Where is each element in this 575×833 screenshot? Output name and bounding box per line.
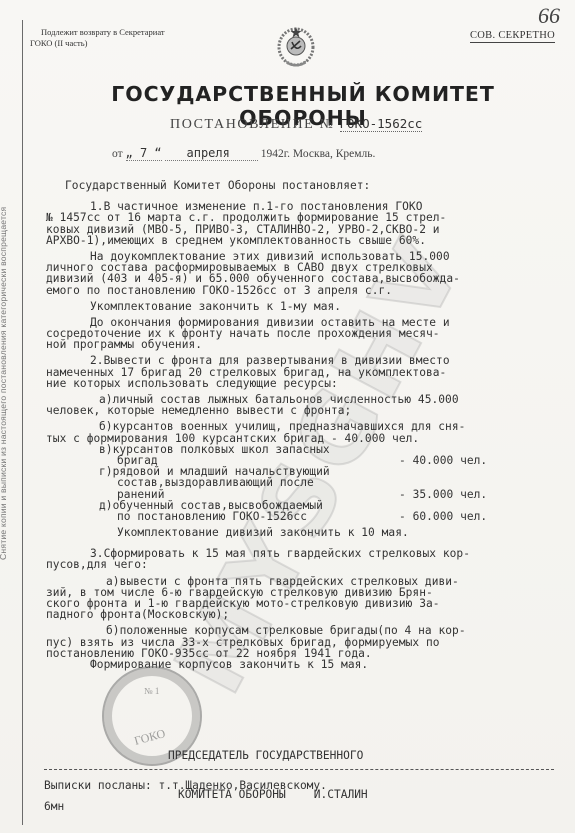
typist-initials: 6мн (44, 800, 64, 813)
paragraph-2-line: ние которых использовать следующие ресур… (46, 378, 566, 389)
decree-body: Государственный Комитет Обороны постанов… (46, 180, 566, 670)
signature-title-line1: ПРЕДСЕДАТЕЛЬ ГОСУДАРСТВЕННОГО (168, 749, 368, 762)
seal-text: ГОКО (133, 726, 167, 749)
paragraph-2b-line: б)курсантов военных училищ, предназначав… (46, 421, 566, 432)
paragraph-1-line: АРХВО-1),имеющих в среднем укомплектован… (46, 235, 566, 246)
return-note: Подлежит возврату в Секретариат ГОКО (II… (30, 27, 165, 49)
page-number: 66 (538, 3, 560, 29)
resource-amount: - 60.000 чел. (399, 511, 487, 522)
paragraph-1d-line: ной программы обучения. (46, 339, 566, 350)
date-year: 1942 (261, 148, 284, 160)
date-place: г. Москва, Кремль. (284, 148, 376, 160)
resource-line: ранений- 35.000 чел. (46, 489, 566, 500)
paragraph-2-line: 2.Вывести с фронта для развертывания в д… (46, 355, 566, 366)
return-note-line1: Подлежит возврату в Секретариат (30, 27, 165, 38)
dateline: от „ 7 “ апреля 1942г. Москва, Кремль. (112, 146, 375, 160)
margin-line (22, 20, 23, 825)
date-month: апреля (165, 146, 258, 161)
classification-mark: СОВ. СЕКРЕТНО (470, 30, 555, 43)
divider (44, 769, 554, 770)
decree-label: ПОСТАНОВЛЕНИЕ № (170, 117, 334, 132)
paragraph-3-line: пусов,для чего: (46, 559, 566, 570)
resource-amount: - 35.000 чел. (399, 489, 487, 500)
paragraph-2a-line: человек, которые немедленно вывести с фр… (46, 405, 566, 416)
paragraph-2c-line: Укомплектование дивизий закончить к 10 м… (46, 527, 566, 538)
resource-line: по постановлению ГОКО-1526сс- 60.000 чел… (46, 511, 566, 522)
ussr-emblem-icon (276, 24, 316, 68)
paragraph-1c-line: Укомплектование закончить к 1-му мая. (46, 301, 566, 312)
distribution-note: Выписки посланы: т.т.Щаденко,Василевском… (44, 779, 327, 792)
paragraph-1b-line: емого по постановлению ГОКО-1526сс от 3 … (46, 285, 566, 296)
paragraph-1-line: № 1457сс от 16 марта с.г. продолжить фор… (46, 212, 566, 223)
paragraph-3c-line: Формирование корпусов закончить к 15 мая… (46, 659, 566, 670)
paragraph-3b-line: б)положенные корпусам стрелковые бригады… (46, 625, 566, 636)
decree-heading: ПОСТАНОВЛЕНИЕ № ГОКО-1562сс (170, 116, 422, 133)
side-warning-note: Снятие копии и выписки из настоящего пос… (0, 120, 8, 560)
resource-line: состав,выздоравливающий после (46, 477, 566, 488)
date-prefix: от (112, 148, 123, 160)
paragraph-1b-line: дивизий (403 и 405-я) и 65.000 обученног… (46, 273, 566, 284)
paragraph-3a-line: падного фронта(Московскую); (46, 609, 566, 620)
intro-line: Государственный Комитет Обороны постанов… (46, 180, 566, 191)
seal-number: № 1 (144, 686, 159, 696)
decree-number: ГОКО-1562сс (340, 116, 423, 132)
date-day: „ 7 “ (126, 146, 162, 161)
resource-amount: - 40.000 чел. (399, 455, 487, 466)
return-note-line2: ГОКО (II часть) (30, 38, 165, 49)
